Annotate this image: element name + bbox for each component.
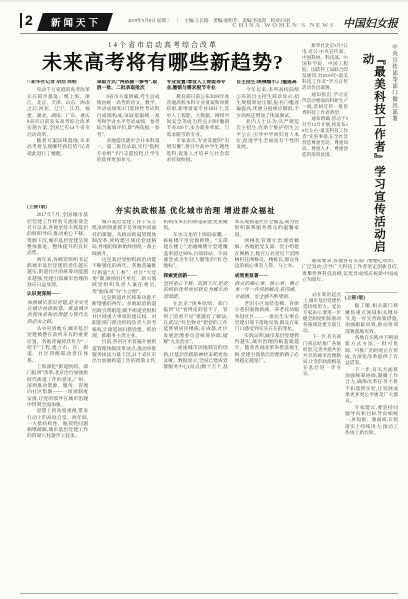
body-paragraph: 车水马龙的上海陆家嘴,一栋栋楼宇里党旗鲜艳。“支部建在楼上”,金融城楼宇党建覆盖… (163, 233, 227, 271)
section-subhead: 认识更深刻—— (27, 292, 88, 298)
right-article-vertical-headline: 『最美科技工作者』学习宣传活动启动 (352, 53, 384, 255)
body-paragraph: 这是街道社区统筹功能不断增强的两年。多地取消街道招商引资职能,赋予街道党组织对区… (92, 296, 156, 340)
section-name: 新闻天下 (51, 15, 101, 29)
kai-note: 群众的操心事、烦心事、揪心事一件一件得到解决,获得感、幸福感、安全感不断增强。 (235, 282, 299, 301)
page-number: 2 (25, 12, 33, 28)
body-paragraph: 网格化管理让治理更精细。各地把党支部、党小组建在网格上,数百万名党员下沉网格担任… (235, 239, 299, 271)
masthead: CHINA WOMEN'S NEWS 中国妇女报 (232, 14, 398, 32)
middle-article-column5: 站在新的起点上,城市基层党建仍需持续用力。受访专家表示,要进一步健全制度机制,推… (303, 292, 341, 590)
masthead-english: CHINA WOMEN'S NEWS (232, 22, 335, 29)
top-article-body: □ 新华社记者 胡浩 周畅牵动千万家庭的高考改革正在稳步推进。继上海、浙江、北京… (27, 80, 299, 193)
section-subhead: 成效更显著—— (235, 274, 299, 280)
body-paragraph: 从中央到地方,城市基层党建被摆在前所未有的重要位置。各地普遍将其作为“一把手”工… (27, 327, 88, 365)
right-article-body: 新华社北京5月7日电 近日,中央宣传部、中国科协、科技部、中国科学院、中国工程院… (302, 40, 348, 255)
right-article-lead: 通知要求,各地各有关部门要精心组织、广泛发动,引导广大科技工作者坚定创新自信,勇… (302, 259, 398, 288)
middle-article-headline: 夯实执政根基 优化城市治理 增进群众福祉 (92, 205, 299, 216)
body-paragraph: 通知指出,学习宣传活动要面向科研生产一线,选树宣传一批优秀科技工作者典型。 (302, 92, 348, 116)
body-paragraph: 各地在实践中不断创新方式方法,一批可复制、可推广的经验正在形成,为深化改革提供了… (345, 336, 398, 368)
body-paragraph: 专家建议,要坚持问题导向和目标导向相统一,补短板、强弱项,在抓落实上持续用力,推… (345, 406, 398, 438)
section-subhead: 录取方式:“两依据一参考”,取消一批、二批录取批次 (97, 80, 160, 93)
body-paragraph: 今年以来,多所高校陆续公布的自主招生简章显示,招生规模明显压缩,报名门槛普遍提高… (236, 88, 299, 120)
header-rule (20, 33, 398, 34)
body-paragraph: 站在新的起点上,城市基层党建仍需持续用力。受访专家表示,要进一步健全制度机制,推… (303, 292, 341, 334)
body-paragraph: 下一步,有关部门将总结推广各地经验,完善共建共治共享的城市治理格局,让党的执政根… (303, 334, 341, 376)
body-paragraph: 新华社北京5月7日电 近日,中央宣传部、中国科协、科技部、中国科学院、中国工程院… (302, 43, 348, 92)
page-header: 2 新闻天下 2019年5月8日 星期三 ｜ 主编/王长路 责编/张明芳 美编/… (20, 12, 398, 32)
body-paragraph: 牵动千万家庭的高考改革正在稳步推进。继上海、浙江、北京、天津、山东、海南之后,河… (27, 88, 90, 139)
section-subhead: 自主招生:规模缩小,门槛提高 (236, 80, 299, 86)
body-paragraph: 业内人士认为,从严规范自主招生,有助于维护招生公平公正,引导中学回归育人本位,促… (236, 120, 299, 152)
middle-article: 夯实执政根基 优化城市治理 增进群众福祉 城市基层党建工作千头万绪,如何找准抓手… (92, 205, 299, 592)
top-article-headline: 未来高考将有哪些新趋势? (27, 52, 299, 75)
continuation-marker: (上接1版) (27, 205, 88, 211)
body-paragraph: 通知要求,各地各有关部门要精心组织、广泛发动,引导广大科技工作者坚定创新自信,勇… (302, 259, 398, 284)
body-paragraph: 下一步,有关方面将加强统筹协调,凝聚工作合力,确保改革任务不折不扣落到实处,让发… (345, 368, 398, 406)
body-paragraph: 实践证明,城市基层党建抓得越实,城市治理的根基就越牢。随着各项改革举措落地生根,… (235, 334, 299, 366)
body-paragraph: 随着方案陆续落地,未来高考将呈现哪些新趋势?记者就此进行了梳理。 (27, 139, 90, 158)
kai-note: 加强城市基层党建,是夯实党在城市执政根基、推进城市治理体系和治理能力现代化的必由… (27, 301, 88, 326)
masthead-logo: 中国妇女报 (343, 18, 398, 30)
newspaper-page: { "header": { "page_number": "2", "secti… (0, 0, 408, 599)
left-continued-article: (上接1版)2017年7月,全国城市基层党建工作经验交流座谈会召开以来,各地坚持… (27, 205, 88, 592)
header-divider-bar (20, 13, 22, 28)
byline: □ 新华社记者 胡浩 周畅 (27, 80, 90, 86)
body-paragraph: 通知明确,活动于5月至12月开展,将发布10位左右“最美科技工作者”先进事迹,在… (302, 116, 348, 158)
continuation-marker: (上接1版) (345, 296, 398, 302)
top-article-kicker: 14个省市启动高考综合改革 (27, 40, 299, 50)
body-paragraph: 多地提出逐步合并本科第一、第二批次录取,实行“院校专业组”平行志愿投档,让学生的… (97, 139, 160, 164)
section-name-flag: 新闻天下 (37, 13, 113, 31)
body-paragraph: 在北京,“街乡吹哨、部门报到”让“看得见的管不了、管得了的看不见”难题有了解法;… (163, 302, 227, 346)
body-paragraph: 思想上的高度重视,带来行动上的高度自觉。两年间,一大批结构性、瓶颈性问题相继破解… (27, 409, 88, 441)
middle-article-body: 城市基层党建工作千头万绪,如何找准抓手是各地共同面对的课题。从推动街道管理体制改… (92, 220, 299, 590)
footer-rule (20, 593, 398, 594)
right-article: 新华社北京5月7日电 近日,中央宣传部、中国科协、科技部、中国科学院、中国工程院… (302, 40, 398, 255)
body-paragraph: 城市基层党建工作千头万绪,如何找准抓手是各地共同面对的课题。从推动街道管理体制改… (92, 220, 156, 258)
section-subhead: 专业设置:增设人工智能等专业,撤销与需求脱节专业 (167, 80, 230, 93)
right-continued-article: (上接1版)据了解,相关部门将聚焦重点领域和关键环节,进一步完善政策措施,加强跟… (345, 292, 398, 594)
body-paragraph: 专家表示,专业设置的“有增有撤”,将引导高中学生理性选科,促进人才培养与社会需求… (167, 139, 230, 164)
body-paragraph: 上海深化“街道吹哨、部门报到”改革,北京出台加强新时代街道工作的意见,广州、深圳… (27, 365, 88, 409)
body-paragraph: 据了解,相关部门将聚焦重点领域和关键环节,进一步完善政策措施,加强跟踪问效,推动… (345, 304, 398, 336)
right-article-kicker: 中央宣传部等部门做出部署 (384, 40, 398, 255)
body-paragraph: 两年来,各级党组织书记抓城市基层党建的责任越压越实,街道社区的统筹功能越来越强,… (27, 258, 88, 290)
kai-note: 坚持重心下移、资源下沉,把党的组织优势更好转化为城市治理效能。 (163, 282, 227, 301)
section-subhead: 探索更创新—— (163, 274, 227, 280)
body-paragraph: 老旧小区加装电梯、背街小巷旧貌换新颜、养老托幼服务进社区……一批民生实事在党建引… (235, 302, 299, 334)
body-paragraph: 2017年7月,全国城市基层党建工作经验交流座谈会召开以来,各地坚持大抓基层的鲜… (27, 213, 88, 257)
scan-edge (0, 0, 408, 2)
body-paragraph: 教育部日前公布2018年度普通高校本科专业备案和审批结果,新增备案专业1831个… (167, 95, 230, 139)
top-article: 14个省市启动高考综合改革 未来高考将有哪些新趋势? □ 新华社记者 胡浩 周畅… (27, 40, 299, 203)
body-paragraph: 这是基层党组织政治功能不断强化的两年。各地普遍推行街道“大工委”、社区“大党委”… (92, 258, 156, 296)
body-paragraph: 8省市方案明确,考生总成绩由统一高考的语文、数学、外语成绩和3门选择性考试科目成… (97, 95, 160, 139)
